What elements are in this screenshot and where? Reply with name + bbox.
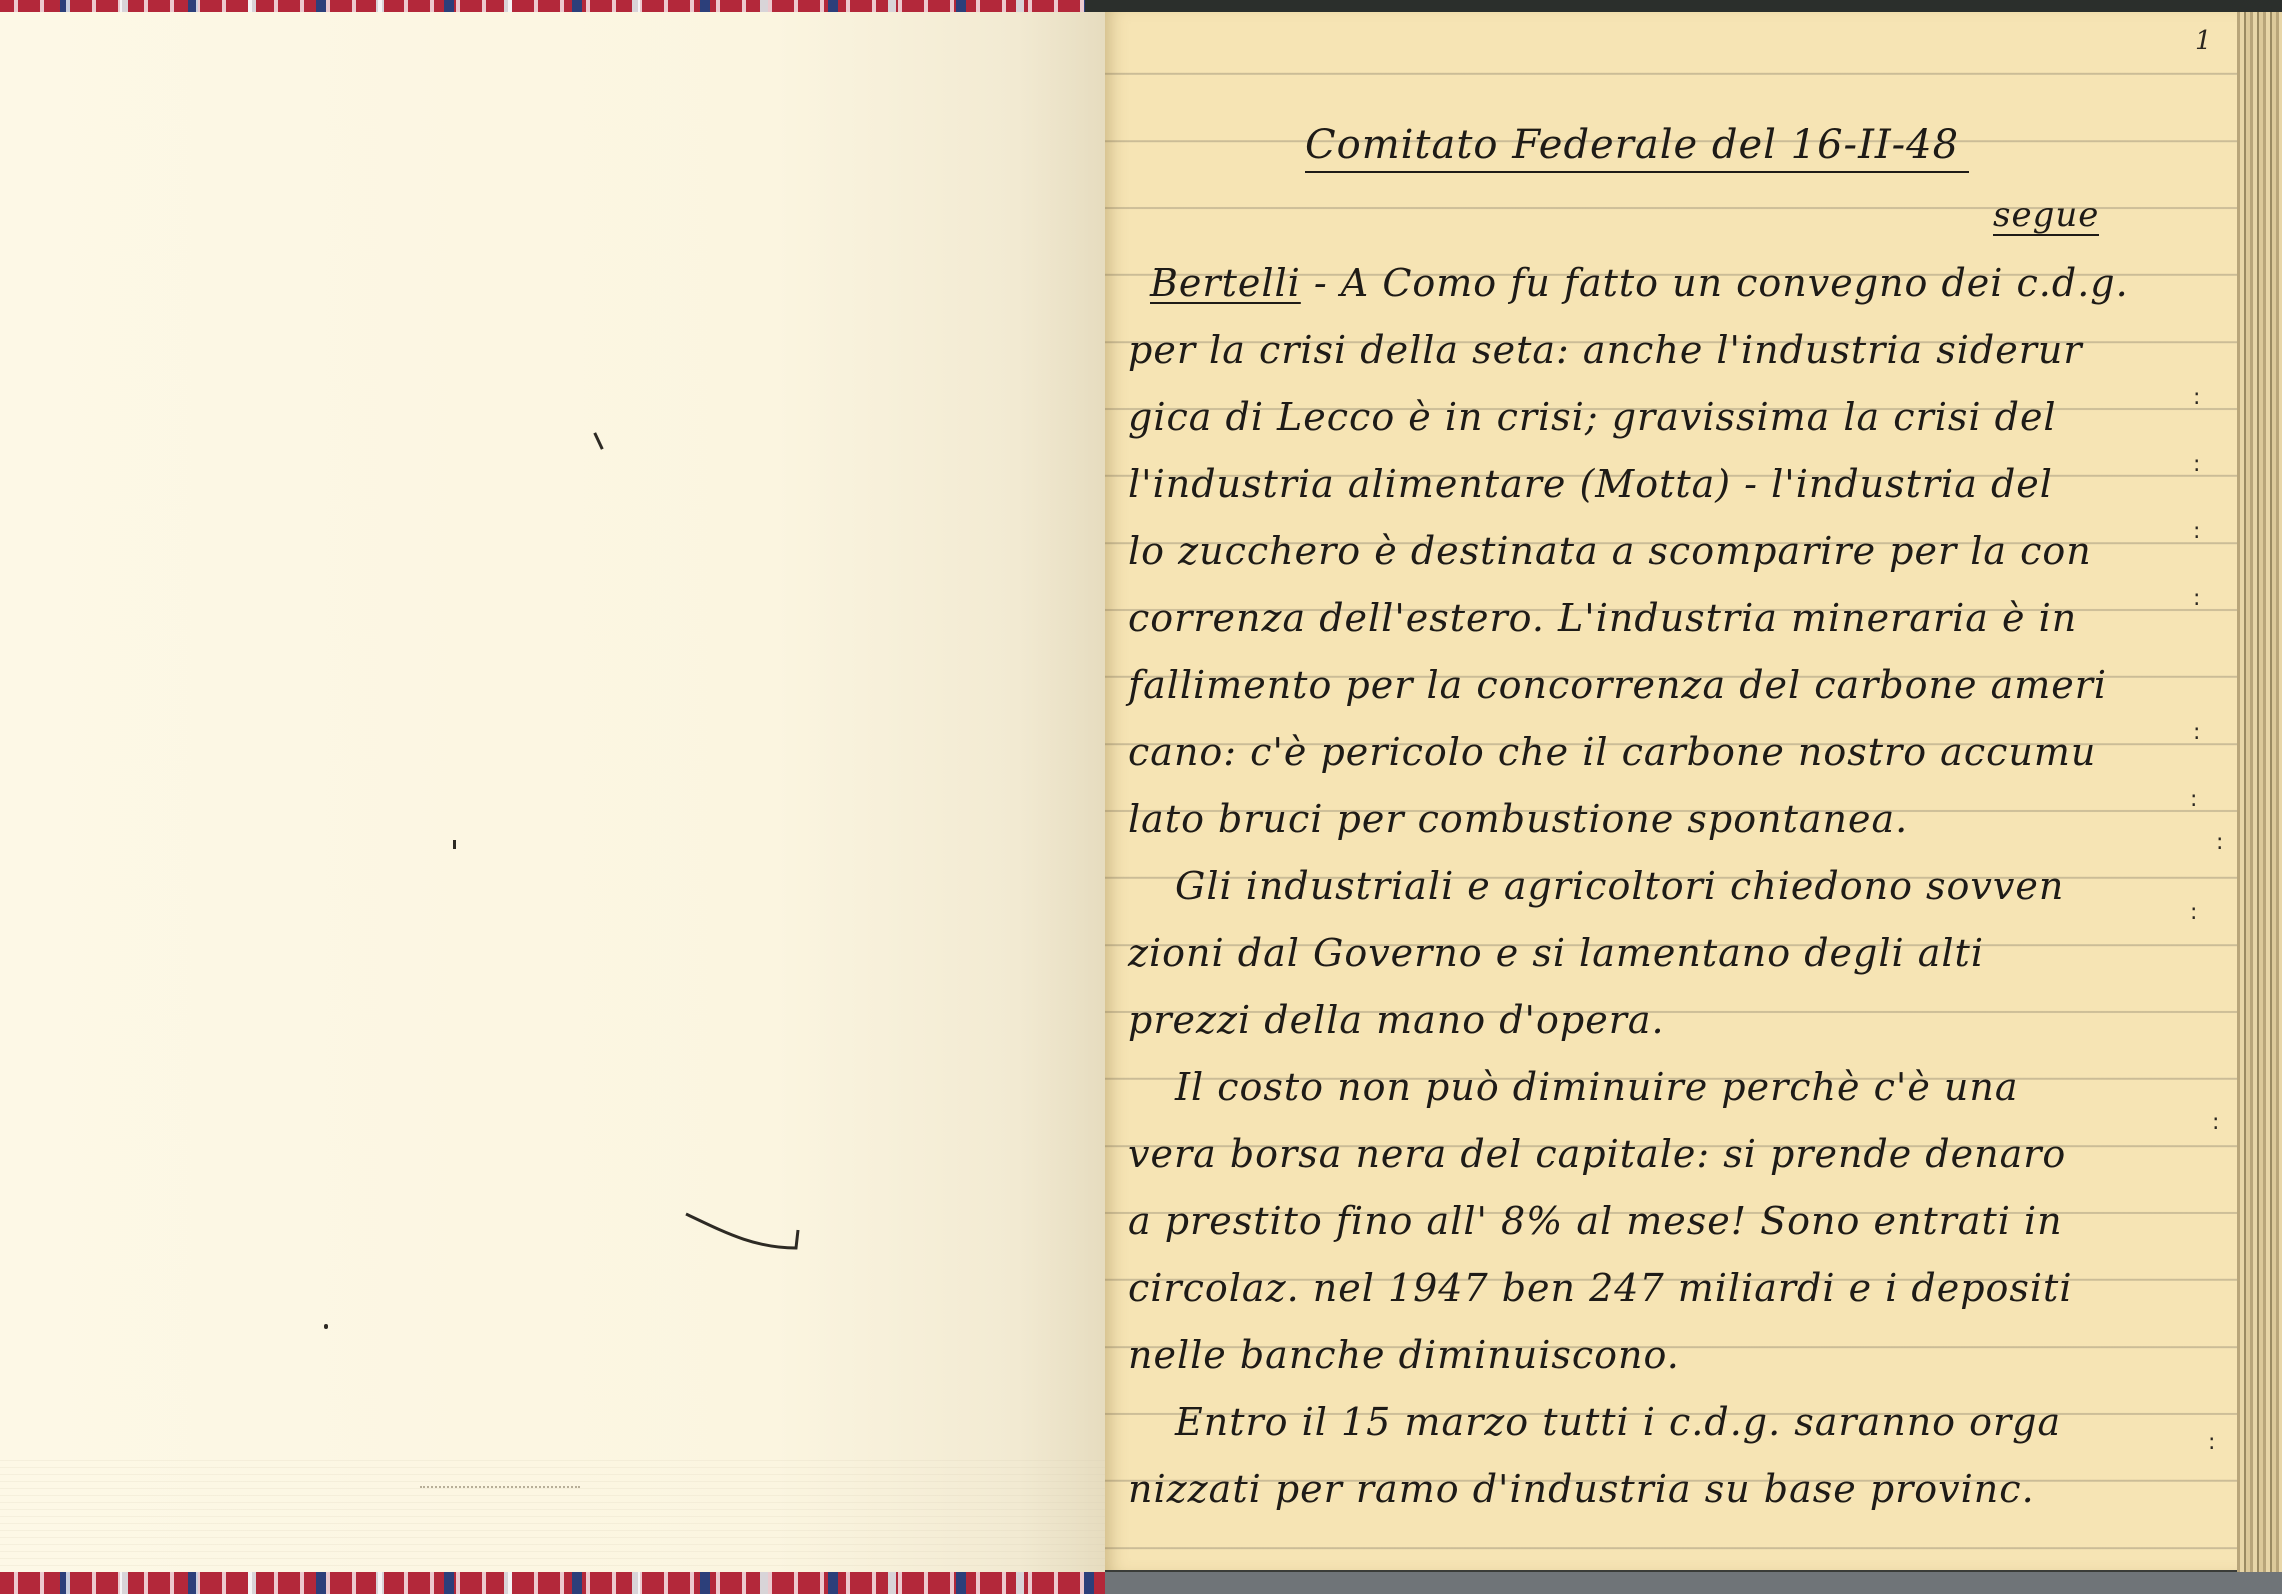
text-line: nelle banche diminuiscono. [1128, 1336, 1680, 1374]
text-line: prezzi della mano d'opera. [1128, 1001, 1665, 1039]
text-line: nizzati per ramo d'industria su base pro… [1128, 1470, 2035, 1508]
hyphen-mark: : [2193, 385, 2200, 410]
hyphen-mark: : [2193, 586, 2200, 611]
hyphen-mark: : [2190, 900, 2197, 925]
text-line: cano: c'è pericolo che il carbone nostro… [1128, 733, 2096, 771]
text-line: per la crisi della seta: anche l'industr… [1128, 331, 2083, 369]
background-bottom [1105, 1572, 2282, 1594]
tablecloth-bottom [0, 1572, 1105, 1594]
page-edge-shading [0, 1454, 1105, 1574]
hyphen-mark: : [2190, 787, 2197, 812]
ink-dot [324, 1324, 328, 1329]
text-line: Entro il 15 marzo tutti i c.d.g. saranno… [1175, 1403, 2061, 1441]
hyphen-mark: : [2208, 1430, 2215, 1455]
text-line: vera borsa nera del capitale: si prende … [1128, 1135, 2066, 1173]
left-page-blank [0, 12, 1105, 1574]
page-stack-edge [2237, 12, 2282, 1572]
text-line: gica di Lecco è in crisi; gravissima la … [1128, 398, 2057, 436]
text-line: Il costo non può diminuire perchè c'è un… [1175, 1068, 2019, 1106]
text-line: lo zucchero è destinata a scomparire per… [1128, 532, 2092, 570]
text-line: correnza dell'estero. L'industria minera… [1128, 599, 2077, 637]
hyphen-mark: : [2193, 519, 2200, 544]
speaker-name: Bertelli [1150, 261, 1301, 305]
hyphen-mark: : [2193, 720, 2200, 745]
text-line: l'industria alimentare (Motta) - l'indus… [1128, 465, 2053, 503]
hyphen-mark: : [2216, 830, 2223, 855]
text-line: circolaz. nel 1947 ben 247 miliardi e i … [1128, 1269, 2072, 1307]
hyphen-mark: : [2193, 452, 2200, 477]
pencil-mark [453, 840, 456, 849]
line-text: - A Como fu fatto un convegno dei c.d.g. [1301, 261, 2129, 305]
hyphen-mark: : [2212, 1110, 2219, 1135]
pen-stroke [684, 1210, 804, 1264]
page-number: 1 [2195, 26, 2212, 56]
text-line: fallimento per la concorrenza del carbon… [1128, 666, 2107, 704]
text-line: lato bruci per combustione spontanea. [1128, 800, 1908, 838]
continuation-note: segue [1993, 198, 2099, 236]
text-line: a prestito fino all' 8% al mese! Sono en… [1128, 1202, 2063, 1240]
text-line: zioni dal Governo e si lamentano degli a… [1128, 934, 1984, 972]
text-line: Bertelli - A Como fu fatto un convegno d… [1150, 264, 2129, 302]
document-title: Comitato Federale del 16-II-48 [1305, 125, 1969, 173]
pencil-mark [593, 432, 603, 450]
text-line: Gli industriali e agricoltori chiedono s… [1175, 867, 2064, 905]
